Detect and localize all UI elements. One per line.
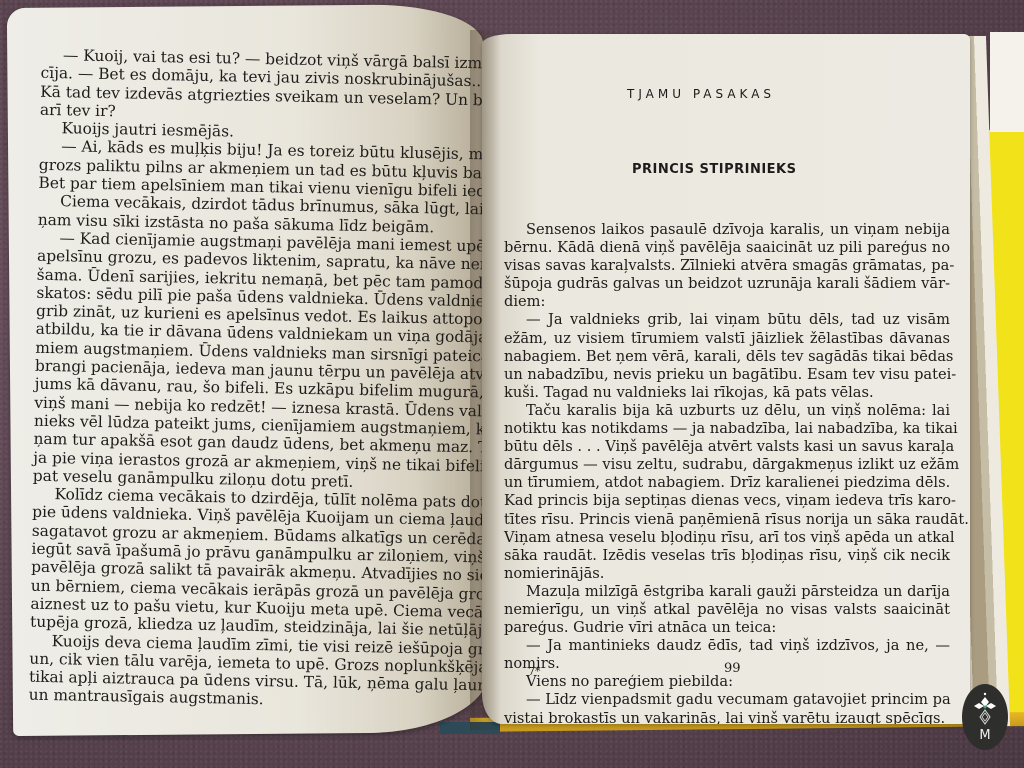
text-line: Mazuļa milzīgā ēstgriba karali gauži pār… (504, 583, 950, 601)
story-title: PRINCIS STIPRINIEKS (632, 162, 797, 177)
left-page-text: — Kuoij, vai tas esi tu? — beidzot viņš … (29, 46, 472, 713)
page-number: 99 (724, 661, 741, 676)
ornament-m-logo-icon: M (970, 691, 1000, 743)
text-line: notiktu kas notikdams — ja nabadzība, la… (504, 420, 950, 438)
text-line: nomierinājās. (504, 565, 950, 583)
text-line: tītes rīsu. Princis vienā paņēmienā rīsu… (504, 511, 950, 529)
book-cover-blue-edge (440, 722, 500, 734)
signature-mark: 7* (528, 665, 541, 678)
text-line: nabagiem. Bet ņem vērā, karali, dēls tev… (504, 348, 950, 366)
text-line: Taču karalis bija kā uzburts uz dēlu, un… (504, 402, 950, 420)
text-line: būtu dēls . . . Viņš pavēlēja atvērt val… (504, 438, 950, 456)
text-line: pareģus. Gudrie vīri atnāca un teica: (504, 619, 950, 637)
text-line: un tīrumiem, atdot nabagiem. Drīz karali… (504, 474, 950, 492)
running-head: TJAMU PASAKAS (627, 87, 775, 101)
text-line: nemierīgu, un viņš atkal pavēlēja no vis… (504, 601, 950, 619)
text-line: Viens no pareģiem piebilda: (504, 673, 950, 691)
text-line: — Līdz vienpadsmit gadu vecumam gatavoji… (504, 691, 950, 709)
text-line: — Ja mantinieks daudz ēdīs, tad viņš izd… (504, 637, 950, 655)
right-page: TJAMU PASAKAS PRINCIS STIPRINIEKS Sensen… (482, 34, 970, 724)
outer-page-corner (990, 32, 1024, 132)
text-line: diem: (504, 293, 950, 311)
left-page: — Kuoij, vai tas esi tu? — beidzot viņš … (7, 4, 489, 736)
right-page-text: Sensenos laikos pasaulē dzīvoja karalis,… (504, 221, 950, 724)
text-line: Viņam atnesa veselu bļodiņu rīsu, arī to… (504, 529, 950, 547)
text-line: sāka raudāt. Izēdis veselas trīs bļodiņa… (504, 547, 950, 565)
text-line: Sensenos laikos pasaulē dzīvoja karalis,… (504, 221, 950, 239)
text-line: vistai brokastīs un vakariņās, lai viņš … (504, 710, 950, 724)
text-line: šūpoja gudrās galvas un beidzot uzrunāja… (504, 275, 950, 293)
text-line: dārgumus — visu zeltu, sudrabu, dārgakme… (504, 456, 950, 474)
text-line: bērnu. Kādā dienā viņš pavēlēja saaicinā… (504, 239, 950, 257)
text-line: kuši. Tagad nu valdnieks lai rīkojas, kā… (504, 384, 950, 402)
text-line: ežām, uz visiem tīrumiem valstī jāizliek… (504, 330, 950, 348)
text-line: un nabadzību, nevis prieku un bagātību. … (504, 366, 950, 384)
text-line: — Ja valdnieks grib, lai viņam būtu dēls… (504, 311, 950, 329)
text-line: visas savas karaļvalsts. Zīlnieki atvēra… (504, 257, 950, 275)
svg-text:M: M (979, 728, 990, 743)
watermark-badge: M (962, 684, 1008, 750)
text-line: Kad princis bija septiņas dienas vecs, v… (504, 492, 950, 510)
